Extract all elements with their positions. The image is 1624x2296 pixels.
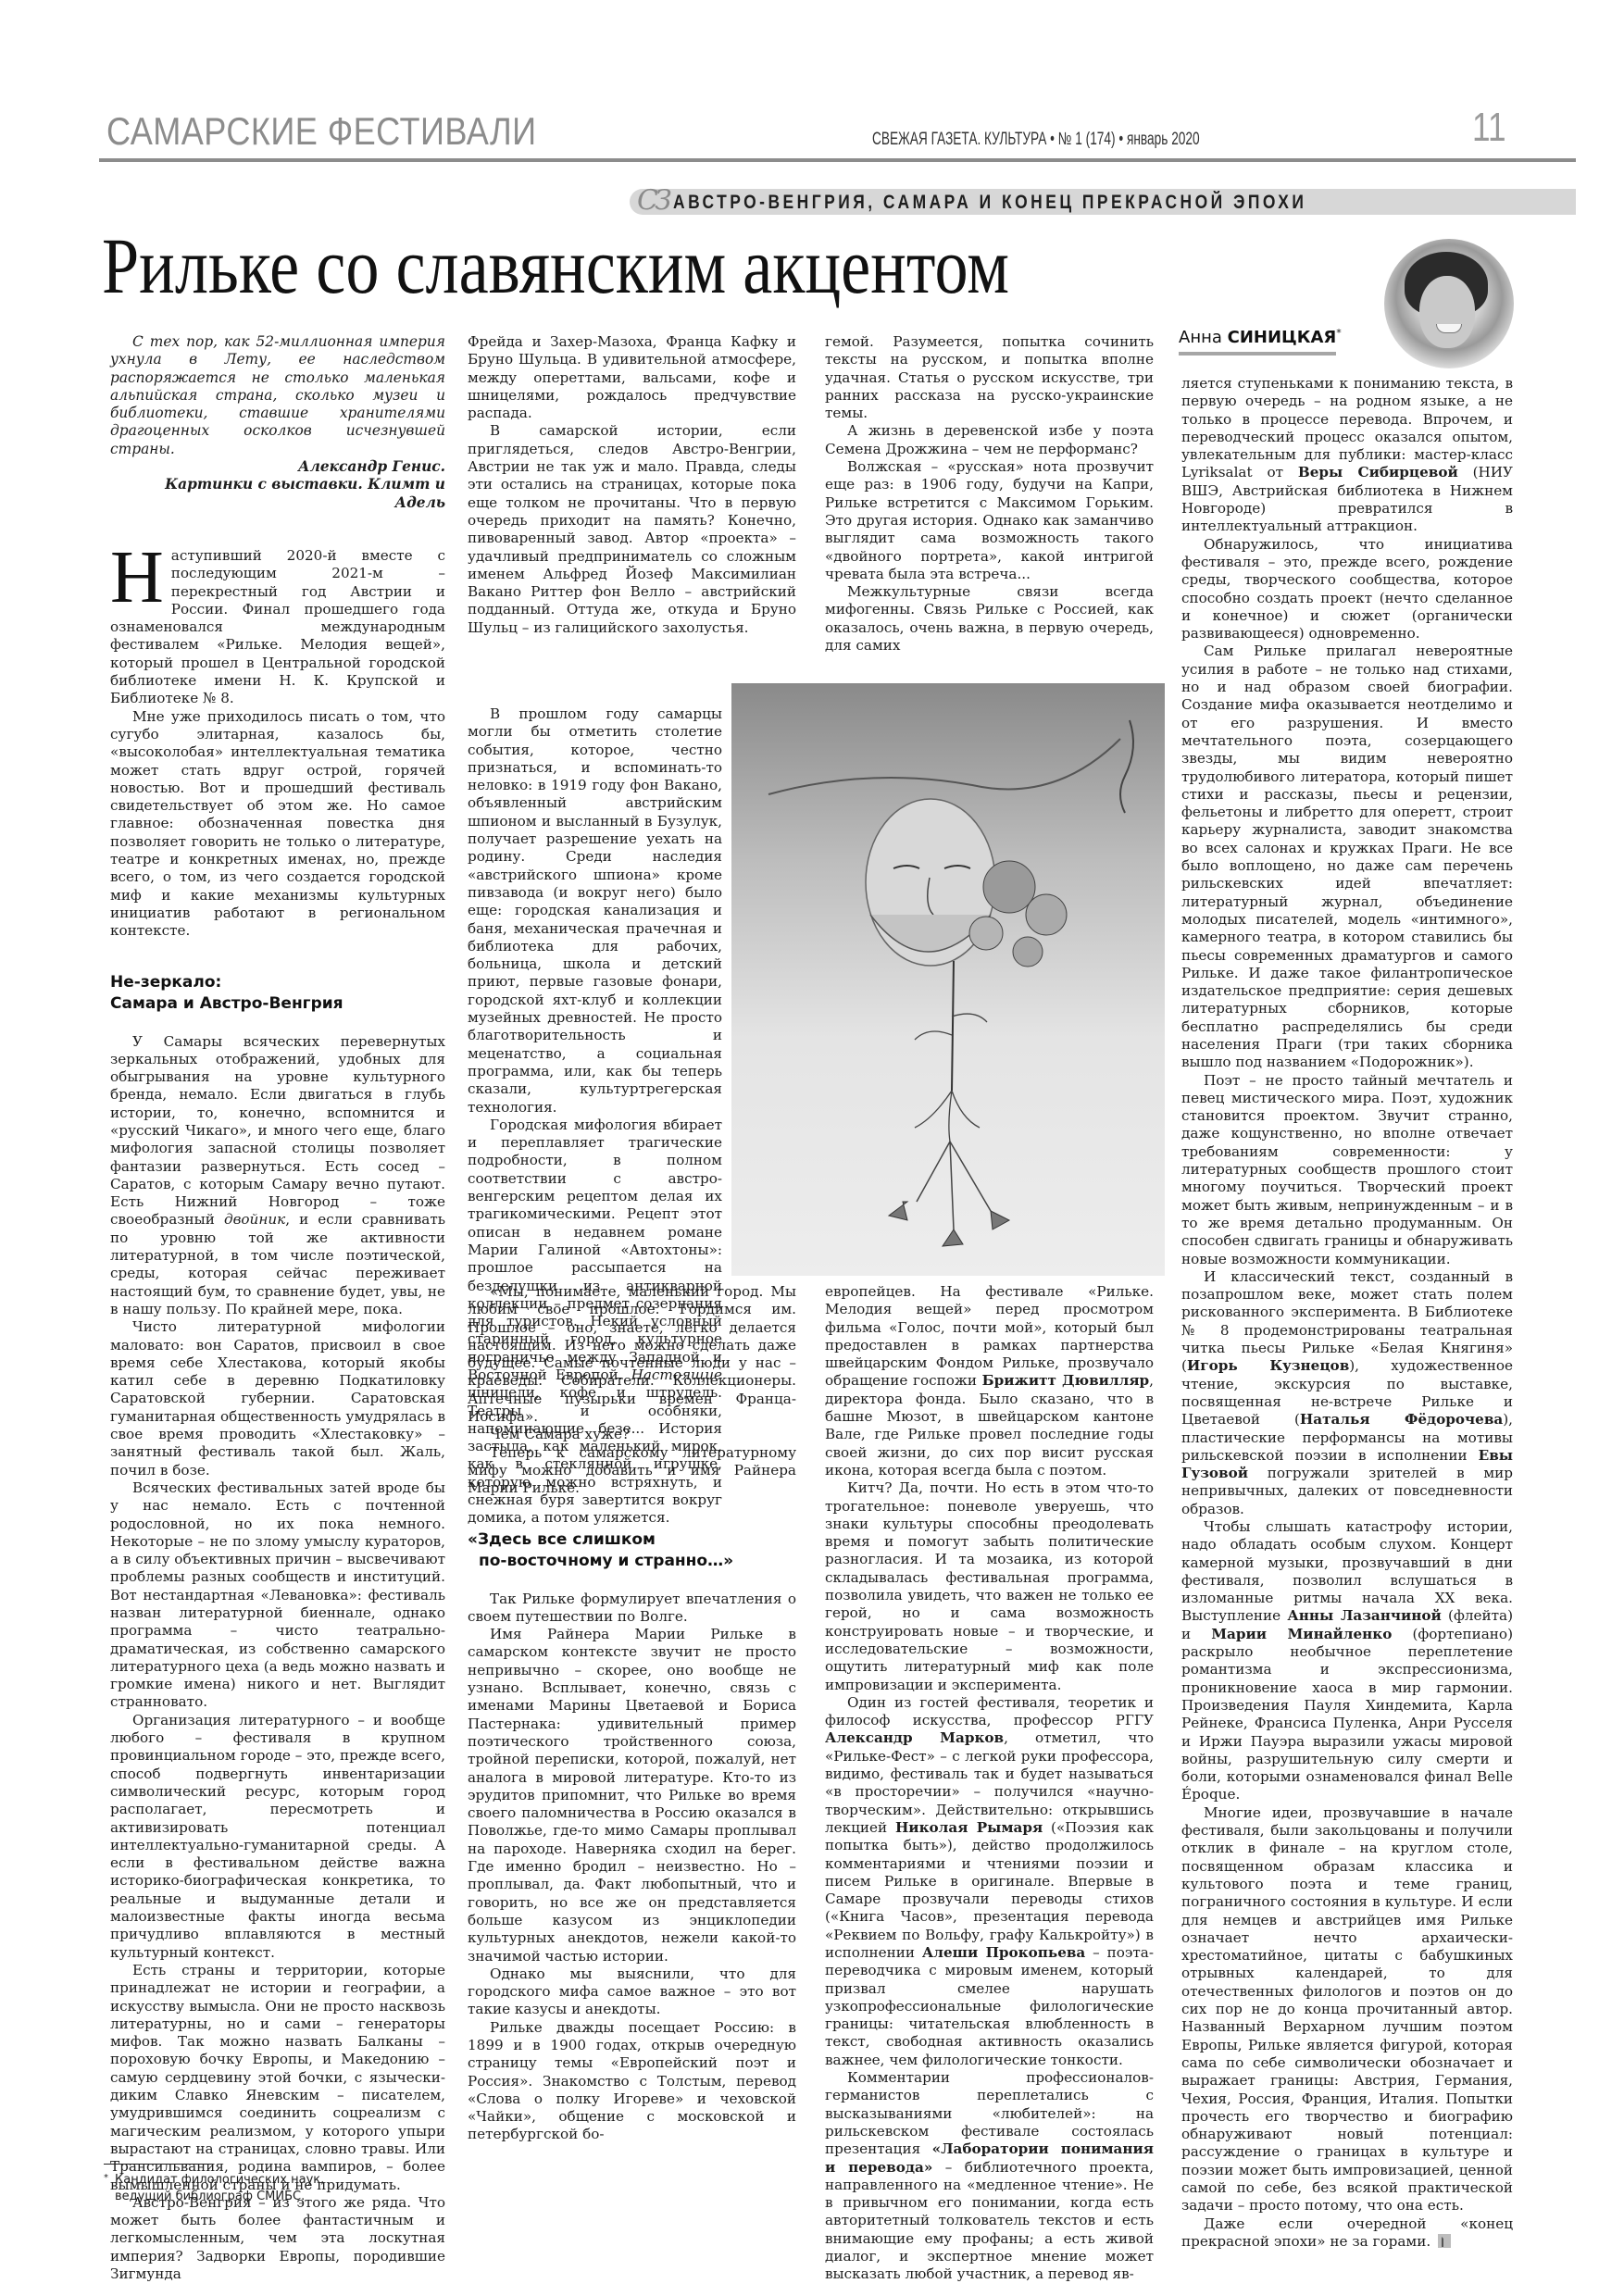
issue-line: СВЕЖАЯ ГАЗЕТА. КУЛЬТУРА • № 1 (174) • ян… <box>872 130 1200 150</box>
subheading-1-line2: Самара и Австро-Венгрия <box>110 993 445 1015</box>
author-footnote: * Кандидат филологических наук, ведущий … <box>104 2172 324 2205</box>
paragraph: Имя Райнера Марии Рильке в самарском кон… <box>468 1626 796 1965</box>
paragraph: Многие идеи, прозвучавшие в начале фести… <box>1181 1804 1513 2215</box>
column-2-top: Фрейда и Захер-Мазоха, Франца Кафку и Бр… <box>468 333 796 637</box>
person-name: Александр Марков <box>825 1729 1004 1746</box>
paragraph: Есть страны и территории, которые принад… <box>110 1962 445 2194</box>
klimt-illustration <box>731 683 1165 1276</box>
paragraph: Китч? Да, почти. Но есть в этом что-то т… <box>825 1479 1154 1694</box>
section-rubric: САМАРСКИЕ ФЕСТИВАЛИ <box>106 109 537 154</box>
epigraph-title: Картинки с выставки. Климт и Адель <box>110 476 445 512</box>
lead-paragraph: Н аступивший 2020-й вместе с последующим… <box>110 547 445 708</box>
person-name: Алеши Прокопьева <box>922 1944 1085 1961</box>
epigraph-text: С тех пор, как 52-миллионная империя ухн… <box>110 333 445 458</box>
subheading-1-line1: Не-зеркало: <box>110 972 445 993</box>
person-name: Анны Лазанчиной <box>1287 1607 1441 1624</box>
column-4: ляется ступеньками к пониманию текста, в… <box>1181 375 1513 2251</box>
paragraph: У Самары всяческих перевернутых зеркальн… <box>110 1033 445 1319</box>
footnote-marker: * <box>104 2170 108 2187</box>
paragraph: Поэт – не просто тайный мечтатель и певе… <box>1181 1072 1513 1268</box>
subheading-2: «Здесь все слишком по-восточному и стран… <box>468 1529 796 1572</box>
publication-logo-icon: СЗ <box>637 184 668 217</box>
paragraph: гемой. Разумеется, попытка сочинить текс… <box>825 333 1154 422</box>
page-number: 11 <box>1472 105 1506 151</box>
header-divider <box>99 158 1576 162</box>
column-3-top: гемой. Разумеется, попытка сочинить текс… <box>825 333 1154 655</box>
column-2-bottom: «Мы, понимаете, маленький город. Мы люби… <box>468 1283 796 2144</box>
person-name: Брижитт Дювилляр <box>982 1372 1150 1389</box>
author-photo-face <box>1419 276 1475 348</box>
text-run: У Самары всяческих перевернутых зеркальн… <box>110 1033 445 1229</box>
author-first-name: Анна <box>1179 328 1222 347</box>
paragraph: В самарской истории, если приглядеться, … <box>468 422 796 637</box>
person-name: Марии Минайленко <box>1211 1626 1392 1642</box>
paragraph: Однако мы выяснили, что для городского м… <box>468 1965 796 2019</box>
text-run: (фортепиано) раскрыло необычное переплет… <box>1181 1626 1513 1803</box>
paragraph: Даже если очередной «конец прекрасной эп… <box>1181 2215 1513 2252</box>
author-underline <box>1179 352 1336 356</box>
footnote-line-1: Кандидат филологических наук, <box>115 2172 324 2189</box>
paragraph: Фрейда и Захер-Мазоха, Франца Кафку и Бр… <box>468 333 796 422</box>
text-run: («Поэзия как попытка быть»), действо про… <box>825 1819 1154 1961</box>
person-name: Наталья Фёдорочева <box>1300 1411 1503 1428</box>
paragraph: Сам Рильке прилагал невероятные усилия в… <box>1181 643 1513 1071</box>
paragraph: Обнаружилось, что инициатива фестиваля –… <box>1181 536 1513 643</box>
paragraph: В прошлом году самарцы могли бы отметить… <box>468 705 722 1117</box>
paragraph: И классический текст, созданный в позапр… <box>1181 1268 1513 1518</box>
paragraph: Комментарии профессионалов-германистов п… <box>825 2069 1154 2284</box>
author-photo <box>1384 239 1514 368</box>
subheading-2-line2: по-восточному и странно…» <box>468 1551 796 1572</box>
paragraph: Организация литературного – и вообще люб… <box>110 1712 445 1962</box>
person-name: Игорь Кузнецов <box>1187 1357 1349 1374</box>
paragraph: Чем Самара хуже? <box>468 1426 796 1443</box>
author-last-name: СИНИЦКАЯ <box>1228 328 1337 347</box>
paragraph: ляется ступеньками к пониманию текста, в… <box>1181 375 1513 536</box>
subheading-1: Не-зеркало: Самара и Австро-Венгрия <box>110 972 445 1015</box>
text-run: – поэта-переводчика с мировым именем, ко… <box>825 1944 1154 2068</box>
column-1: С тех пор, как 52-миллионная империя ухн… <box>110 333 445 2283</box>
footnote-line-2: ведущий библиограф СМИБС. <box>115 2189 324 2205</box>
text-run: – библиотечного проекта, направленного н… <box>825 2159 1154 2283</box>
illustration-drawing-icon <box>731 683 1165 1276</box>
author-byline: Анна СИНИЦКАЯ* <box>1179 327 1342 347</box>
paragraph: Чисто литературной мифологии маловато: в… <box>110 1318 445 1479</box>
paragraph: «Мы, понимаете, маленький город. Мы люби… <box>468 1283 796 1426</box>
closing-text: Даже если очередной «конец прекрасной эп… <box>1181 2215 1513 2250</box>
paragraph: европейцев. На фестивале «Рильке. Мелоди… <box>825 1283 1154 1479</box>
drop-cap: Н <box>110 550 164 605</box>
paragraph: Мне уже приходилось писать о том, что су… <box>110 708 445 941</box>
person-name: Николая Рымаря <box>895 1819 1043 1836</box>
end-of-article-icon <box>1438 2234 1451 2248</box>
newspaper-page: САМАРСКИЕ ФЕСТИВАЛИ СВЕЖАЯ ГАЗЕТА. КУЛЬТ… <box>0 0 1624 2296</box>
article-headline: Рильке со славянским акцентом <box>102 226 1009 306</box>
paragraph: Межкультурные связи всегда мифогенны. Св… <box>825 583 1154 655</box>
column-3-bottom: европейцев. На фестивале «Рильке. Мелоди… <box>825 1283 1154 2284</box>
paragraph: Австро-Венгрия – из этого же ряда. Что м… <box>110 2194 445 2283</box>
paragraph: Теперь к самарскому литературному мифу м… <box>468 1444 796 1498</box>
paragraph: Чтобы слышать катастрофу истории, надо о… <box>1181 1518 1513 1804</box>
epigraph: С тех пор, как 52-миллионная империя ухн… <box>110 333 445 512</box>
italic-text: двойник <box>224 1211 285 1228</box>
paragraph: Всяческих фестивальных затей вроде бы у … <box>110 1479 445 1712</box>
paragraph: А жизнь в деревенской избе у поэта Семен… <box>825 422 1154 458</box>
subheading-2-line1: «Здесь все слишком <box>468 1529 796 1551</box>
paragraph: Один из гостей фестиваля, теоретик и фил… <box>825 1694 1154 2069</box>
footnote-divider <box>104 2164 213 2165</box>
text-run: Один из гостей фестиваля, теоретик и фил… <box>825 1694 1154 1728</box>
paragraph: Рильке дважды посещает Россию: в 1899 и … <box>468 2019 796 2144</box>
paragraph: Волжская – «русская» нота прозвучит еще … <box>825 458 1154 583</box>
author-footnote-marker: * <box>1336 327 1342 339</box>
epigraph-author: Александр Генис. <box>110 458 445 476</box>
paragraph: Так Рильке формулирует впечатления о сво… <box>468 1591 796 1627</box>
topic-banner-text: АВСТРО-ВЕНГРИЯ, САМАРА И КОНЕЦ ПРЕКРАСНО… <box>673 192 1306 214</box>
person-name: Веры Сибирцевой <box>1298 464 1458 480</box>
